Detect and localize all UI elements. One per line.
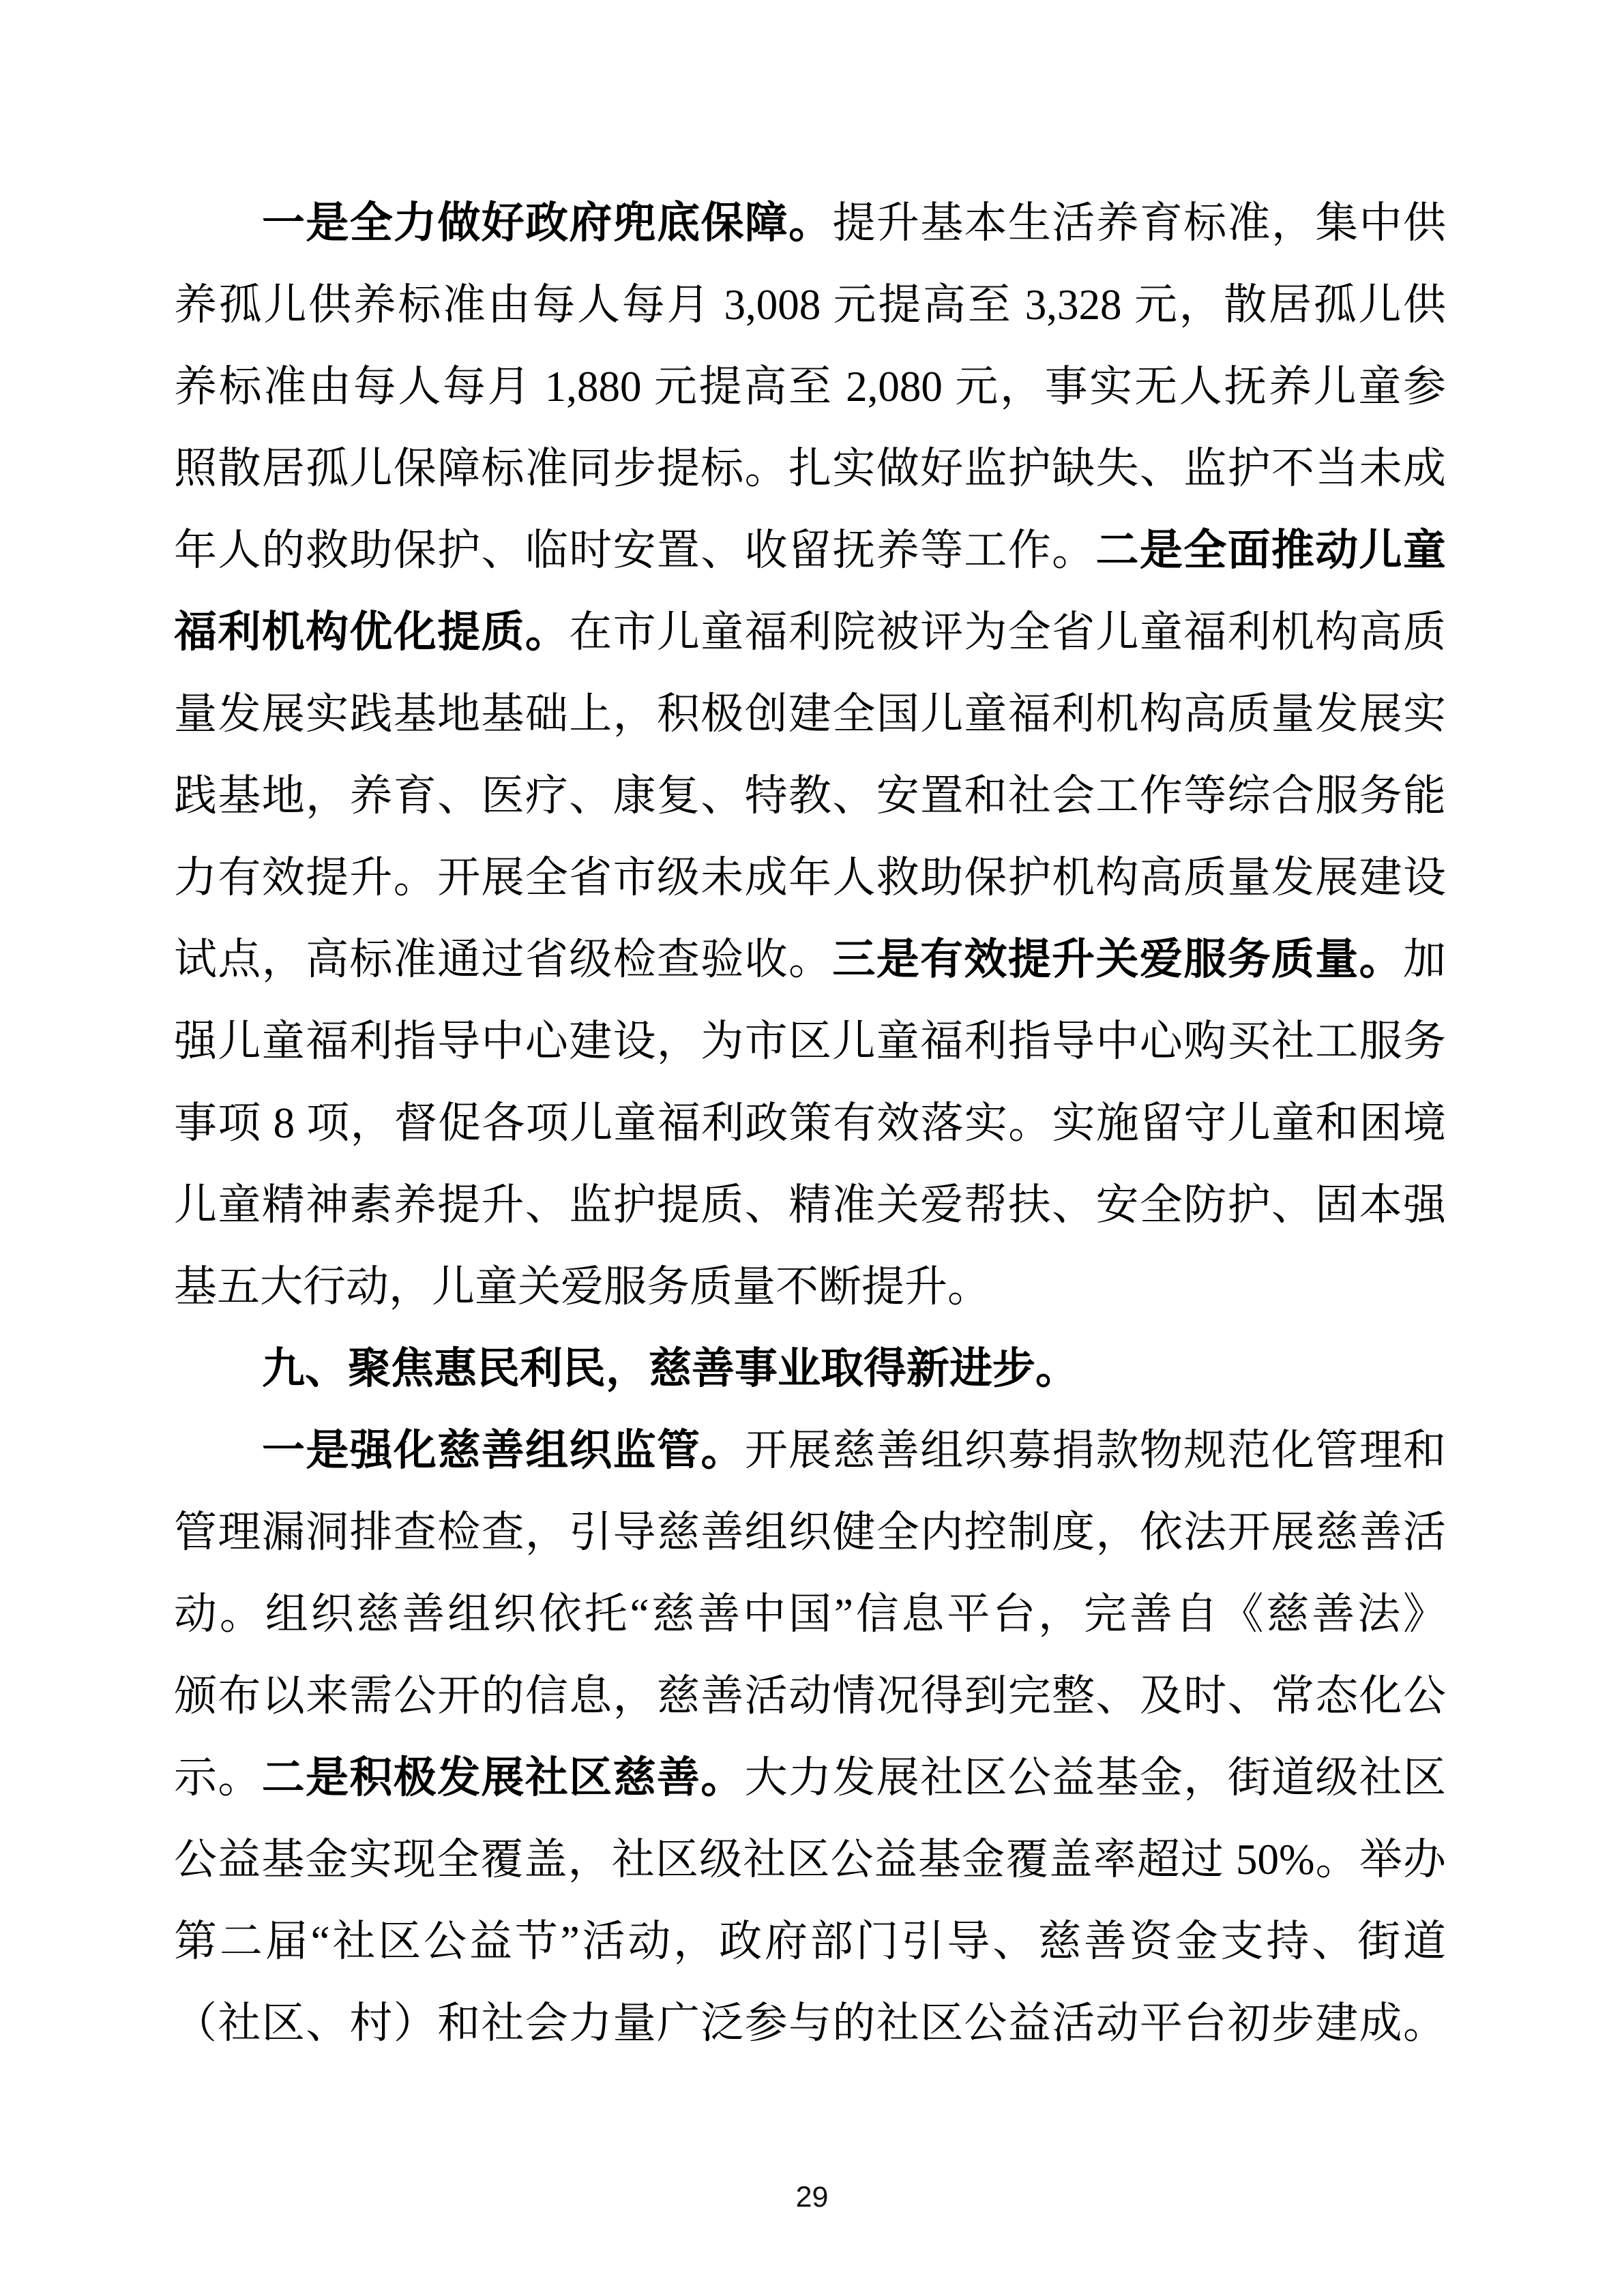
body-text: 公益基金实现全覆盖，社区级社区公益基金覆盖率超过 50%。举办 [174, 1836, 1446, 1883]
text-line: 动。组织慈善组织依托“慈善中国”信息平台，完善自《慈善法》 [174, 1573, 1446, 1655]
text-line: 试点，高标准通过省级检查验收。三是有效提升关爱服务质量。加 [174, 919, 1446, 1000]
body-text: 开展慈善组织募捐款物规范化管理和 [745, 1427, 1446, 1474]
body-text: 养标准由每人每月 1,880 元提高至 2,080 元，事实无人抚养儿童参 [174, 363, 1446, 411]
text-line: 管理漏洞排查检查，引导慈善组织健全内控制度，依法开展慈善活 [174, 1491, 1446, 1573]
text-line: 公益基金实现全覆盖，社区级社区公益基金覆盖率超过 50%。举办 [174, 1819, 1446, 1900]
emphasis-text: 三是有效提升关爱服务质量。 [832, 936, 1403, 983]
body-text: 第二届“社区公益节”活动，政府部门引导、慈善资金支持、街道 [174, 1918, 1446, 1965]
document-body: 一是全力做好政府兜底保障。提升基本生活养育标准，集中供养孤儿供养标准由每人每月 … [174, 182, 1446, 2064]
emphasis-text: 二是积极发展社区慈善。 [262, 1754, 745, 1802]
text-line: （社区、村）和社会力量广泛参与的社区公益活动平台初步建成。 [174, 1982, 1446, 2064]
body-text: 照散居孤儿保障标准同步提标。扎实做好监护缺失、监护不当未成 [174, 445, 1446, 492]
body-text: 强儿童福利指导中心建设，为市区儿童福利指导中心购买社工服务 [174, 1017, 1446, 1065]
body-text: 事项 8 项，督促各项儿童福利政策有效落实。实施留守儿童和困境 [174, 1099, 1446, 1147]
body-text: 年人的救助保护、临时安置、收留抚养等工作。 [174, 526, 1096, 574]
text-line: 养孤儿供养标准由每人每月 3,008 元提高至 3,328 元，散居孤儿供 [174, 264, 1446, 346]
emphasis-text: 一是全力做好政府兜底保障。 [262, 199, 833, 247]
emphasis-text: 一是强化慈善组织监管。 [262, 1427, 745, 1474]
text-line: 强儿童福利指导中心建设，为市区儿童福利指导中心购买社工服务 [174, 1000, 1446, 1082]
text-line: 力有效提升。开展全省市级未成年人救助保护机构高质量发展建设 [174, 837, 1446, 919]
text-line: 养标准由每人每月 1,880 元提高至 2,080 元，事实无人抚养儿童参 [174, 346, 1446, 428]
page-number: 29 [796, 2181, 829, 2213]
text-line: 事项 8 项，督促各项儿童福利政策有效落实。实施留守儿童和困境 [174, 1082, 1446, 1164]
emphasis-text: 福利机构优化提质。 [174, 608, 569, 656]
body-text: 基五大行动，儿童关爱服务质量不断提升。 [174, 1263, 990, 1311]
text-line: 量发展实践基地基础上，积极创建全国儿童福利机构高质量发展实 [174, 673, 1446, 755]
body-text: 养孤儿供养标准由每人每月 3,008 元提高至 3,328 元，散居孤儿供 [174, 281, 1446, 329]
body-text: 示。 [174, 1754, 262, 1802]
text-line: 基五大行动，儿童关爱服务质量不断提升。 [174, 1246, 1446, 1328]
text-line: 一是强化慈善组织监管。开展慈善组织募捐款物规范化管理和 [174, 1410, 1446, 1491]
text-line: 照散居孤儿保障标准同步提标。扎实做好监护缺失、监护不当未成 [174, 428, 1446, 509]
text-line: 一是全力做好政府兜底保障。提升基本生活养育标准，集中供 [174, 182, 1446, 264]
text-line: 践基地，养育、医疗、康复、特教、安置和社会工作等综合服务能 [174, 755, 1446, 837]
text-line: 儿童精神素养提升、监护提质、精准关爱帮扶、安全防护、固本强 [174, 1164, 1446, 1246]
body-text: 在市儿童福利院被评为全省儿童福利机构高质 [569, 608, 1446, 656]
body-text: 颁布以来需公开的信息，慈善活动情况得到完整、及时、常态化公 [174, 1672, 1446, 1720]
body-text: 践基地，养育、医疗、康复、特教、安置和社会工作等综合服务能 [174, 772, 1446, 820]
body-text: 动。组织慈善组织依托“慈善中国”信息平台，完善自《慈善法》 [174, 1590, 1446, 1638]
body-text: 大力发展社区公益基金，街道级社区 [745, 1754, 1446, 1802]
emphasis-text: 九、聚焦惠民利民，慈善事业取得新进步。 [262, 1345, 1078, 1392]
document-page: 一是全力做好政府兜底保障。提升基本生活养育标准，集中供养孤儿供养标准由每人每月 … [0, 0, 1624, 2296]
body-text: 量发展实践基地基础上，积极创建全国儿童福利机构高质量发展实 [174, 690, 1446, 738]
body-text: 力有效提升。开展全省市级未成年人救助保护机构高质量发展建设 [174, 854, 1446, 901]
body-text: 管理漏洞排查检查，引导慈善组织健全内控制度，依法开展慈善活 [174, 1508, 1446, 1556]
text-line: 示。二是积极发展社区慈善。大力发展社区公益基金，街道级社区 [174, 1737, 1446, 1819]
text-line: 第二届“社区公益节”活动，政府部门引导、慈善资金支持、街道 [174, 1900, 1446, 1982]
page-footer: 29 [0, 2181, 1624, 2213]
text-line: 年人的救助保护、临时安置、收留抚养等工作。二是全面推动儿童 [174, 509, 1446, 591]
body-text: 儿童精神素养提升、监护提质、精准关爱帮扶、安全防护、固本强 [174, 1181, 1446, 1229]
text-line: 颁布以来需公开的信息，慈善活动情况得到完整、及时、常态化公 [174, 1655, 1446, 1737]
emphasis-text: 二是全面推动儿童 [1096, 526, 1447, 574]
section-heading: 九、聚焦惠民利民，慈善事业取得新进步。 [174, 1328, 1446, 1410]
body-text: 试点，高标准通过省级检查验收。 [174, 936, 832, 983]
body-text: （社区、村）和社会力量广泛参与的社区公益活动平台初步建成。 [174, 1999, 1446, 2047]
body-text: 加 [1403, 936, 1446, 983]
text-line: 福利机构优化提质。在市儿童福利院被评为全省儿童福利机构高质 [174, 591, 1446, 673]
body-text: 提升基本生活养育标准，集中供 [833, 199, 1447, 247]
